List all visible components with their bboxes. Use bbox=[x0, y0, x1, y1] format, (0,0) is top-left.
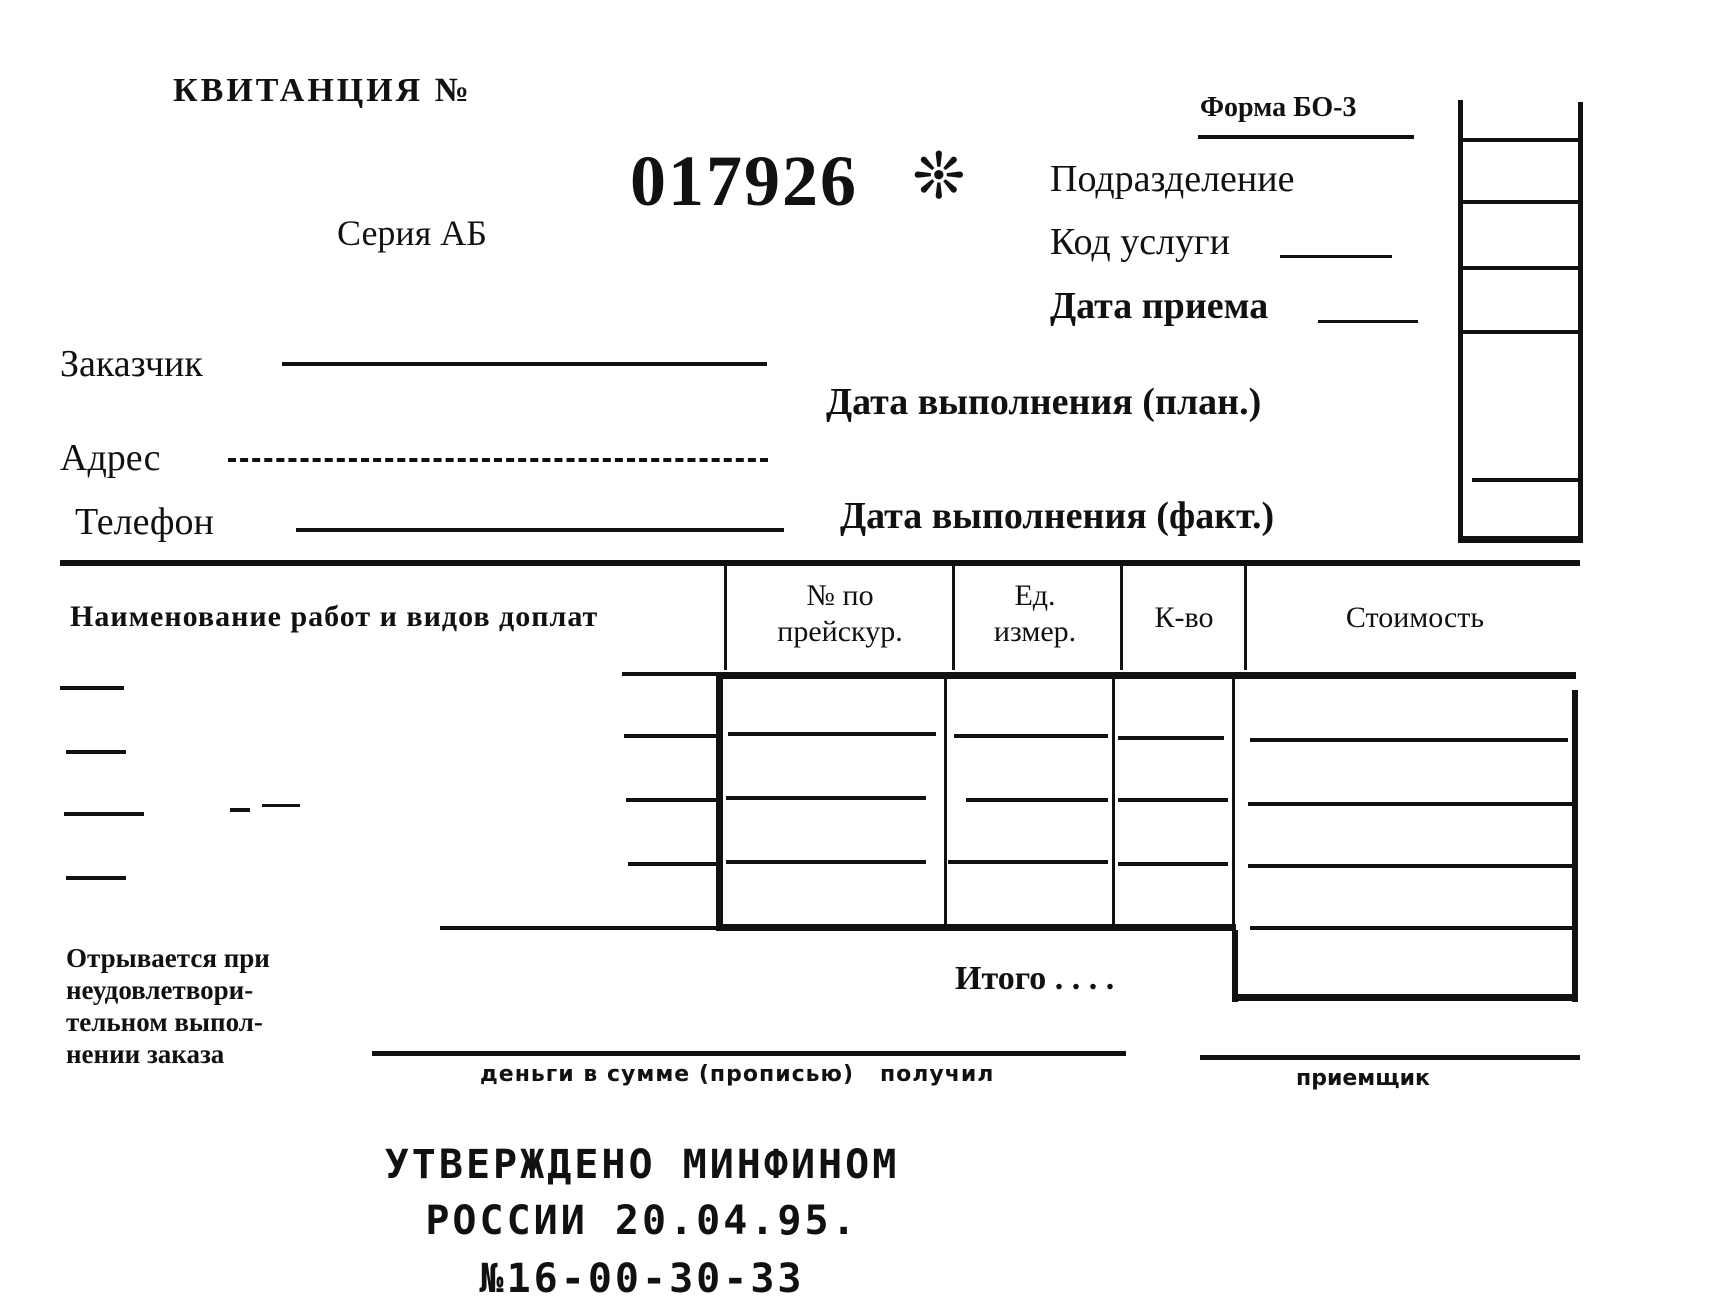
table-row-line bbox=[948, 860, 1108, 864]
work-name-field-3c bbox=[262, 804, 300, 807]
total-cell-left-border bbox=[1232, 930, 1238, 1002]
table-column-divider bbox=[944, 676, 947, 930]
phone-label: Телефон bbox=[75, 500, 214, 544]
row-line bbox=[626, 798, 716, 802]
table-row-line bbox=[1248, 864, 1572, 868]
side-box-cell-fact-date[interactable] bbox=[1472, 478, 1578, 482]
row-line bbox=[440, 926, 720, 930]
section-divider bbox=[60, 560, 1580, 566]
approval-stamp-line: №16-00-30-33 bbox=[382, 1256, 902, 1300]
header-divider bbox=[1244, 562, 1247, 670]
side-box-cell-division[interactable] bbox=[1462, 138, 1578, 142]
side-box-bottom-border bbox=[1458, 536, 1583, 543]
form-code: Форма БО-3 bbox=[1200, 92, 1357, 124]
table-top-border bbox=[716, 672, 1576, 679]
tear-off-note-line: тельном выпол- bbox=[66, 1006, 270, 1038]
amount-in-words-field[interactable] bbox=[372, 1051, 1126, 1056]
table-row-line bbox=[1248, 802, 1572, 806]
column-header-cost: Стоимость bbox=[1250, 600, 1580, 636]
column-header-quantity: К-во bbox=[1124, 600, 1244, 636]
table-row-line bbox=[966, 798, 1108, 802]
form-code-underline bbox=[1198, 135, 1414, 139]
header-divider bbox=[724, 560, 727, 670]
table-row-line bbox=[1118, 736, 1224, 740]
column-header-unit: Ед. измер. bbox=[950, 578, 1120, 650]
approval-stamp-line: УТВЕРЖДЕНО МИНФИНОМ bbox=[382, 1142, 902, 1188]
receiver-caption: приемщик bbox=[1296, 1066, 1430, 1091]
table-row-line bbox=[726, 796, 926, 800]
accept-date-label: Дата приема bbox=[1050, 284, 1268, 328]
tear-off-note-line: Отрывается при bbox=[66, 942, 270, 974]
table-right-border bbox=[1572, 690, 1578, 1002]
receipt-series: Серия АБ bbox=[337, 212, 487, 254]
header-divider bbox=[1120, 562, 1123, 670]
column-header-work-name: Наименование работ и видов доплат bbox=[70, 600, 598, 634]
side-box-cell-accept-date[interactable] bbox=[1462, 266, 1578, 270]
customer-label: Заказчик bbox=[60, 342, 203, 386]
table-column-divider bbox=[1112, 676, 1115, 930]
total-label: Итого . . . . bbox=[955, 960, 1114, 998]
address-field[interactable] bbox=[228, 458, 768, 462]
table-row-line bbox=[1250, 926, 1572, 930]
column-header-price-line2: прейскур. bbox=[730, 614, 950, 650]
table-left-border bbox=[716, 672, 723, 930]
service-code-field[interactable] bbox=[1280, 255, 1392, 258]
table-row-line bbox=[726, 860, 926, 864]
customer-field[interactable] bbox=[282, 362, 767, 366]
table-row-line bbox=[1250, 738, 1568, 742]
work-name-field-3[interactable] bbox=[64, 812, 144, 816]
row-line bbox=[624, 734, 716, 738]
amount-in-words-caption: деньги в сумме (прописью) получил bbox=[480, 1062, 994, 1087]
asterisk-mark-icon: ❊ bbox=[912, 140, 966, 214]
tear-off-note-line: нении заказа bbox=[66, 1038, 270, 1070]
row-line bbox=[622, 672, 722, 676]
side-box-left-border bbox=[1458, 100, 1463, 542]
column-header-price-list-no: № по прейскур. bbox=[730, 578, 950, 650]
column-header-price-line1: № по bbox=[730, 578, 950, 614]
phone-field[interactable] bbox=[296, 528, 784, 532]
service-code-label: Код услуги bbox=[1050, 220, 1230, 264]
table-row-line bbox=[1118, 798, 1228, 802]
table-row-line bbox=[1118, 862, 1228, 866]
approval-stamp-line: РОССИИ 20.04.95. bbox=[382, 1198, 902, 1244]
row-line bbox=[628, 862, 716, 866]
work-name-field-4[interactable] bbox=[66, 876, 126, 880]
receipt-title: КВИТАНЦИЯ № bbox=[173, 72, 472, 110]
column-header-unit-line2: измер. bbox=[950, 614, 1120, 650]
tear-off-note: Отрывается при неудовлетвори- тельном вы… bbox=[66, 942, 270, 1070]
address-label: Адрес bbox=[60, 436, 160, 480]
side-box-cell-service-code[interactable] bbox=[1462, 200, 1578, 204]
side-box-right-border bbox=[1578, 102, 1583, 542]
total-cell-field[interactable] bbox=[1232, 994, 1578, 1001]
plan-date-label: Дата выполнения (план.) bbox=[826, 380, 1261, 424]
column-header-unit-line1: Ед. bbox=[950, 578, 1120, 614]
work-name-field-3b bbox=[230, 808, 250, 812]
table-bottom-border bbox=[716, 924, 1236, 931]
table-row-line bbox=[954, 734, 1108, 738]
tear-off-note-line: неудовлетвори- bbox=[66, 974, 270, 1006]
work-name-field-2[interactable] bbox=[66, 750, 126, 754]
fact-date-label: Дата выполнения (факт.) bbox=[840, 494, 1274, 538]
table-row-line bbox=[728, 732, 936, 736]
side-box-cell-plan-date[interactable] bbox=[1462, 330, 1578, 334]
receipt-number: 017926 bbox=[630, 140, 858, 223]
division-label: Подразделение bbox=[1050, 157, 1294, 201]
work-name-field-1[interactable] bbox=[60, 686, 124, 690]
receiver-signature-field[interactable] bbox=[1200, 1055, 1580, 1060]
accept-date-field[interactable] bbox=[1318, 320, 1418, 323]
